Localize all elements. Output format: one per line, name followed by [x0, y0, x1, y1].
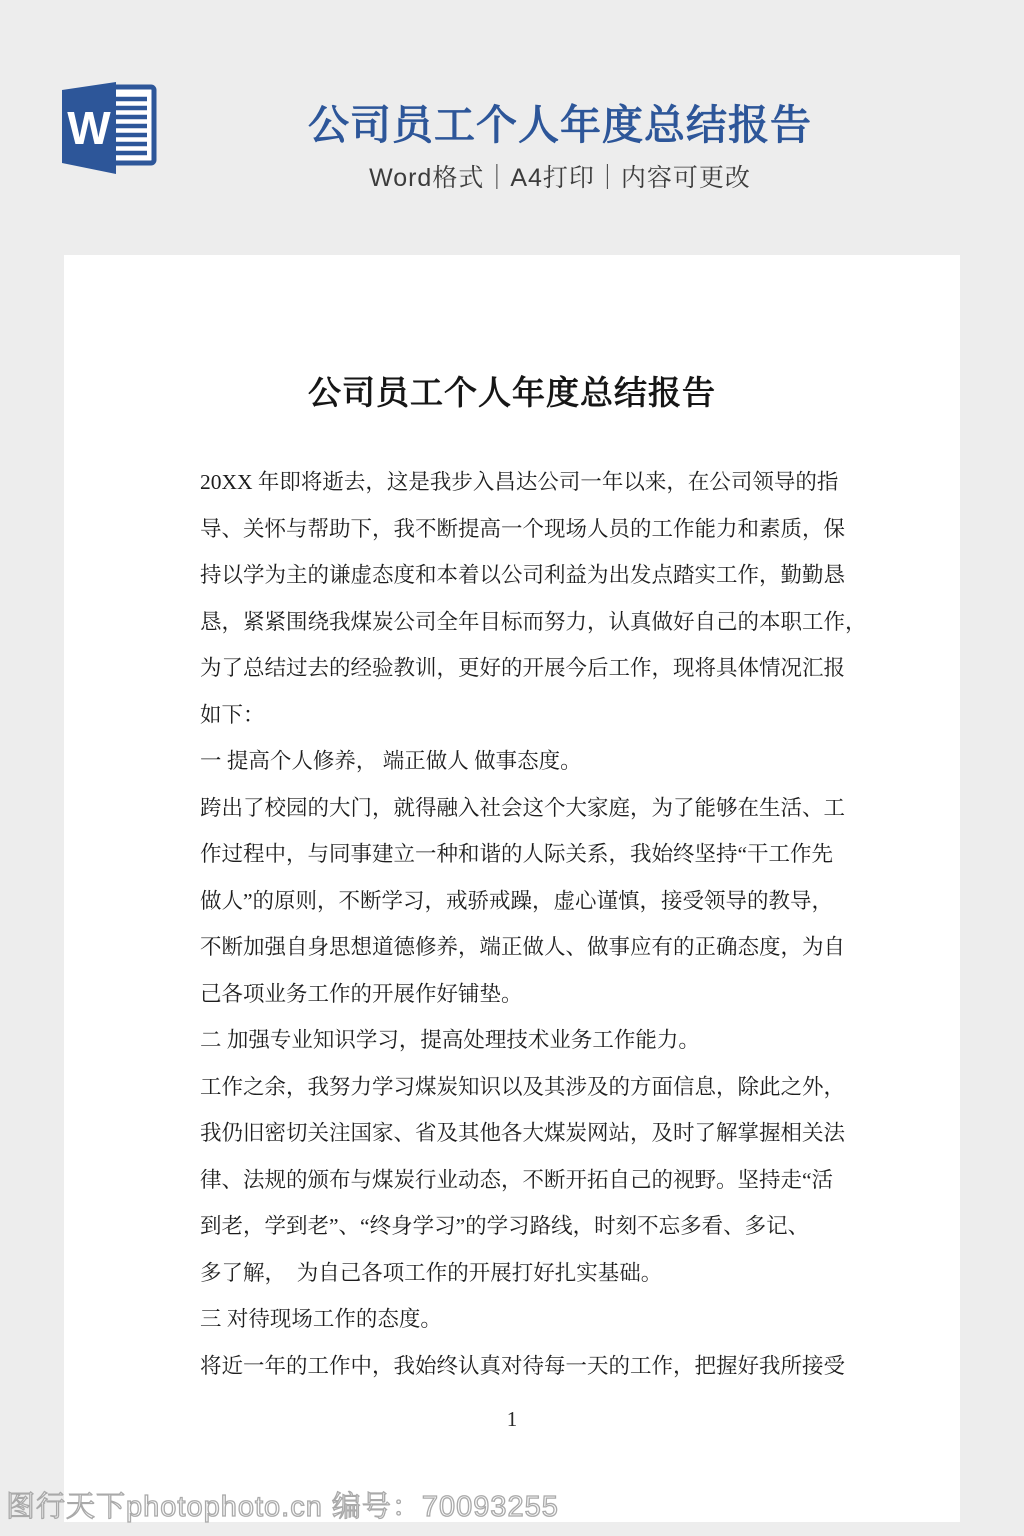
document-line: 跨出了校园的大门，就得融入社会这个大家庭，为了能够在生活、工 — [200, 785, 924, 832]
document-line: 做人”的原则，不断学习，戒骄戒躁，虚心谨慎，接受领导的教导， — [200, 878, 924, 925]
document-line: 恳，紧紧围绕我煤炭公司全年目标而努力，认真做好自己的本职工作， — [200, 599, 924, 646]
word-icon: W — [56, 78, 160, 178]
document-line: 律、法规的颁布与煤炭行业动态，不断开拓自己的视野。坚持走“活 — [200, 1157, 924, 1204]
document-page: 公司员工个人年度总结报告 20XX 年即将逝去，这是我步入昌达公司一年以来，在公… — [64, 255, 960, 1522]
document-body: 20XX 年即将逝去，这是我步入昌达公司一年以来，在公司领导的指导、关怀与帮助下… — [200, 459, 924, 1389]
document-line: 持以学为主的谦虚态度和本着以公司利益为出发点踏实工作，勤勤恳 — [200, 552, 924, 599]
document-line: 不断加强自身思想道德修养，端正做人、做事应有的正确态度，为自 — [200, 924, 924, 971]
document-line: 如下： — [200, 692, 924, 739]
watermark-text: 图行天下photophoto.cn 编号：70093255 — [6, 1484, 559, 1525]
document-line: 为了总结过去的经验教训，更好的开展今后工作，现将具体情况汇报 — [200, 645, 924, 692]
template-preview-canvas: W 公司员工个人年度总结报告 Word格式｜A4打印｜内容可更改 公司员工个人年… — [0, 0, 1024, 1536]
document-title: 公司员工个人年度总结报告 — [64, 367, 960, 414]
word-icon-document-lines — [116, 99, 147, 153]
document-line: 一 提高个人修养， 端正做人 做事态度。 — [200, 738, 924, 785]
word-icon-graphic: W — [56, 78, 160, 178]
document-line: 工作之余，我努力学习煤炭知识以及其涉及的方面信息，除此之外， — [200, 1064, 924, 1111]
document-line: 我仍旧密切关注国家、省及其他各大煤炭网站，及时了解掌握相关法 — [200, 1110, 924, 1157]
template-header: W 公司员工个人年度总结报告 Word格式｜A4打印｜内容可更改 — [0, 0, 1024, 215]
document-line: 多了解， 为自己各项工作的开展打好扎实基础。 — [200, 1250, 924, 1297]
document-line: 二 加强专业知识学习，提高处理技术业务工作能力。 — [200, 1017, 924, 1064]
word-icon-letter: W — [67, 102, 111, 154]
document-line: 导、关怀与帮助下，我不断提高一个现场人员的工作能力和素质，保 — [200, 506, 924, 553]
document-line: 作过程中，与同事建立一种和谐的人际关系，我始终坚持“干工作先 — [200, 831, 924, 878]
page-number: 1 — [64, 1407, 960, 1432]
document-line: 20XX 年即将逝去，这是我步入昌达公司一年以来，在公司领导的指 — [200, 459, 924, 506]
template-title: 公司员工个人年度总结报告 — [160, 92, 960, 151]
template-subtitle: Word格式｜A4打印｜内容可更改 — [160, 158, 960, 194]
document-line: 己各项业务工作的开展作好铺垫。 — [200, 971, 924, 1018]
document-line: 将近一年的工作中，我始终认真对待每一天的工作，把握好我所接受 — [200, 1343, 924, 1390]
document-line: 三 对待现场工作的态度。 — [200, 1296, 924, 1343]
document-line: 到老，学到老”、“终身学习”的学习路线，时刻不忘多看、多记、 — [200, 1203, 924, 1250]
